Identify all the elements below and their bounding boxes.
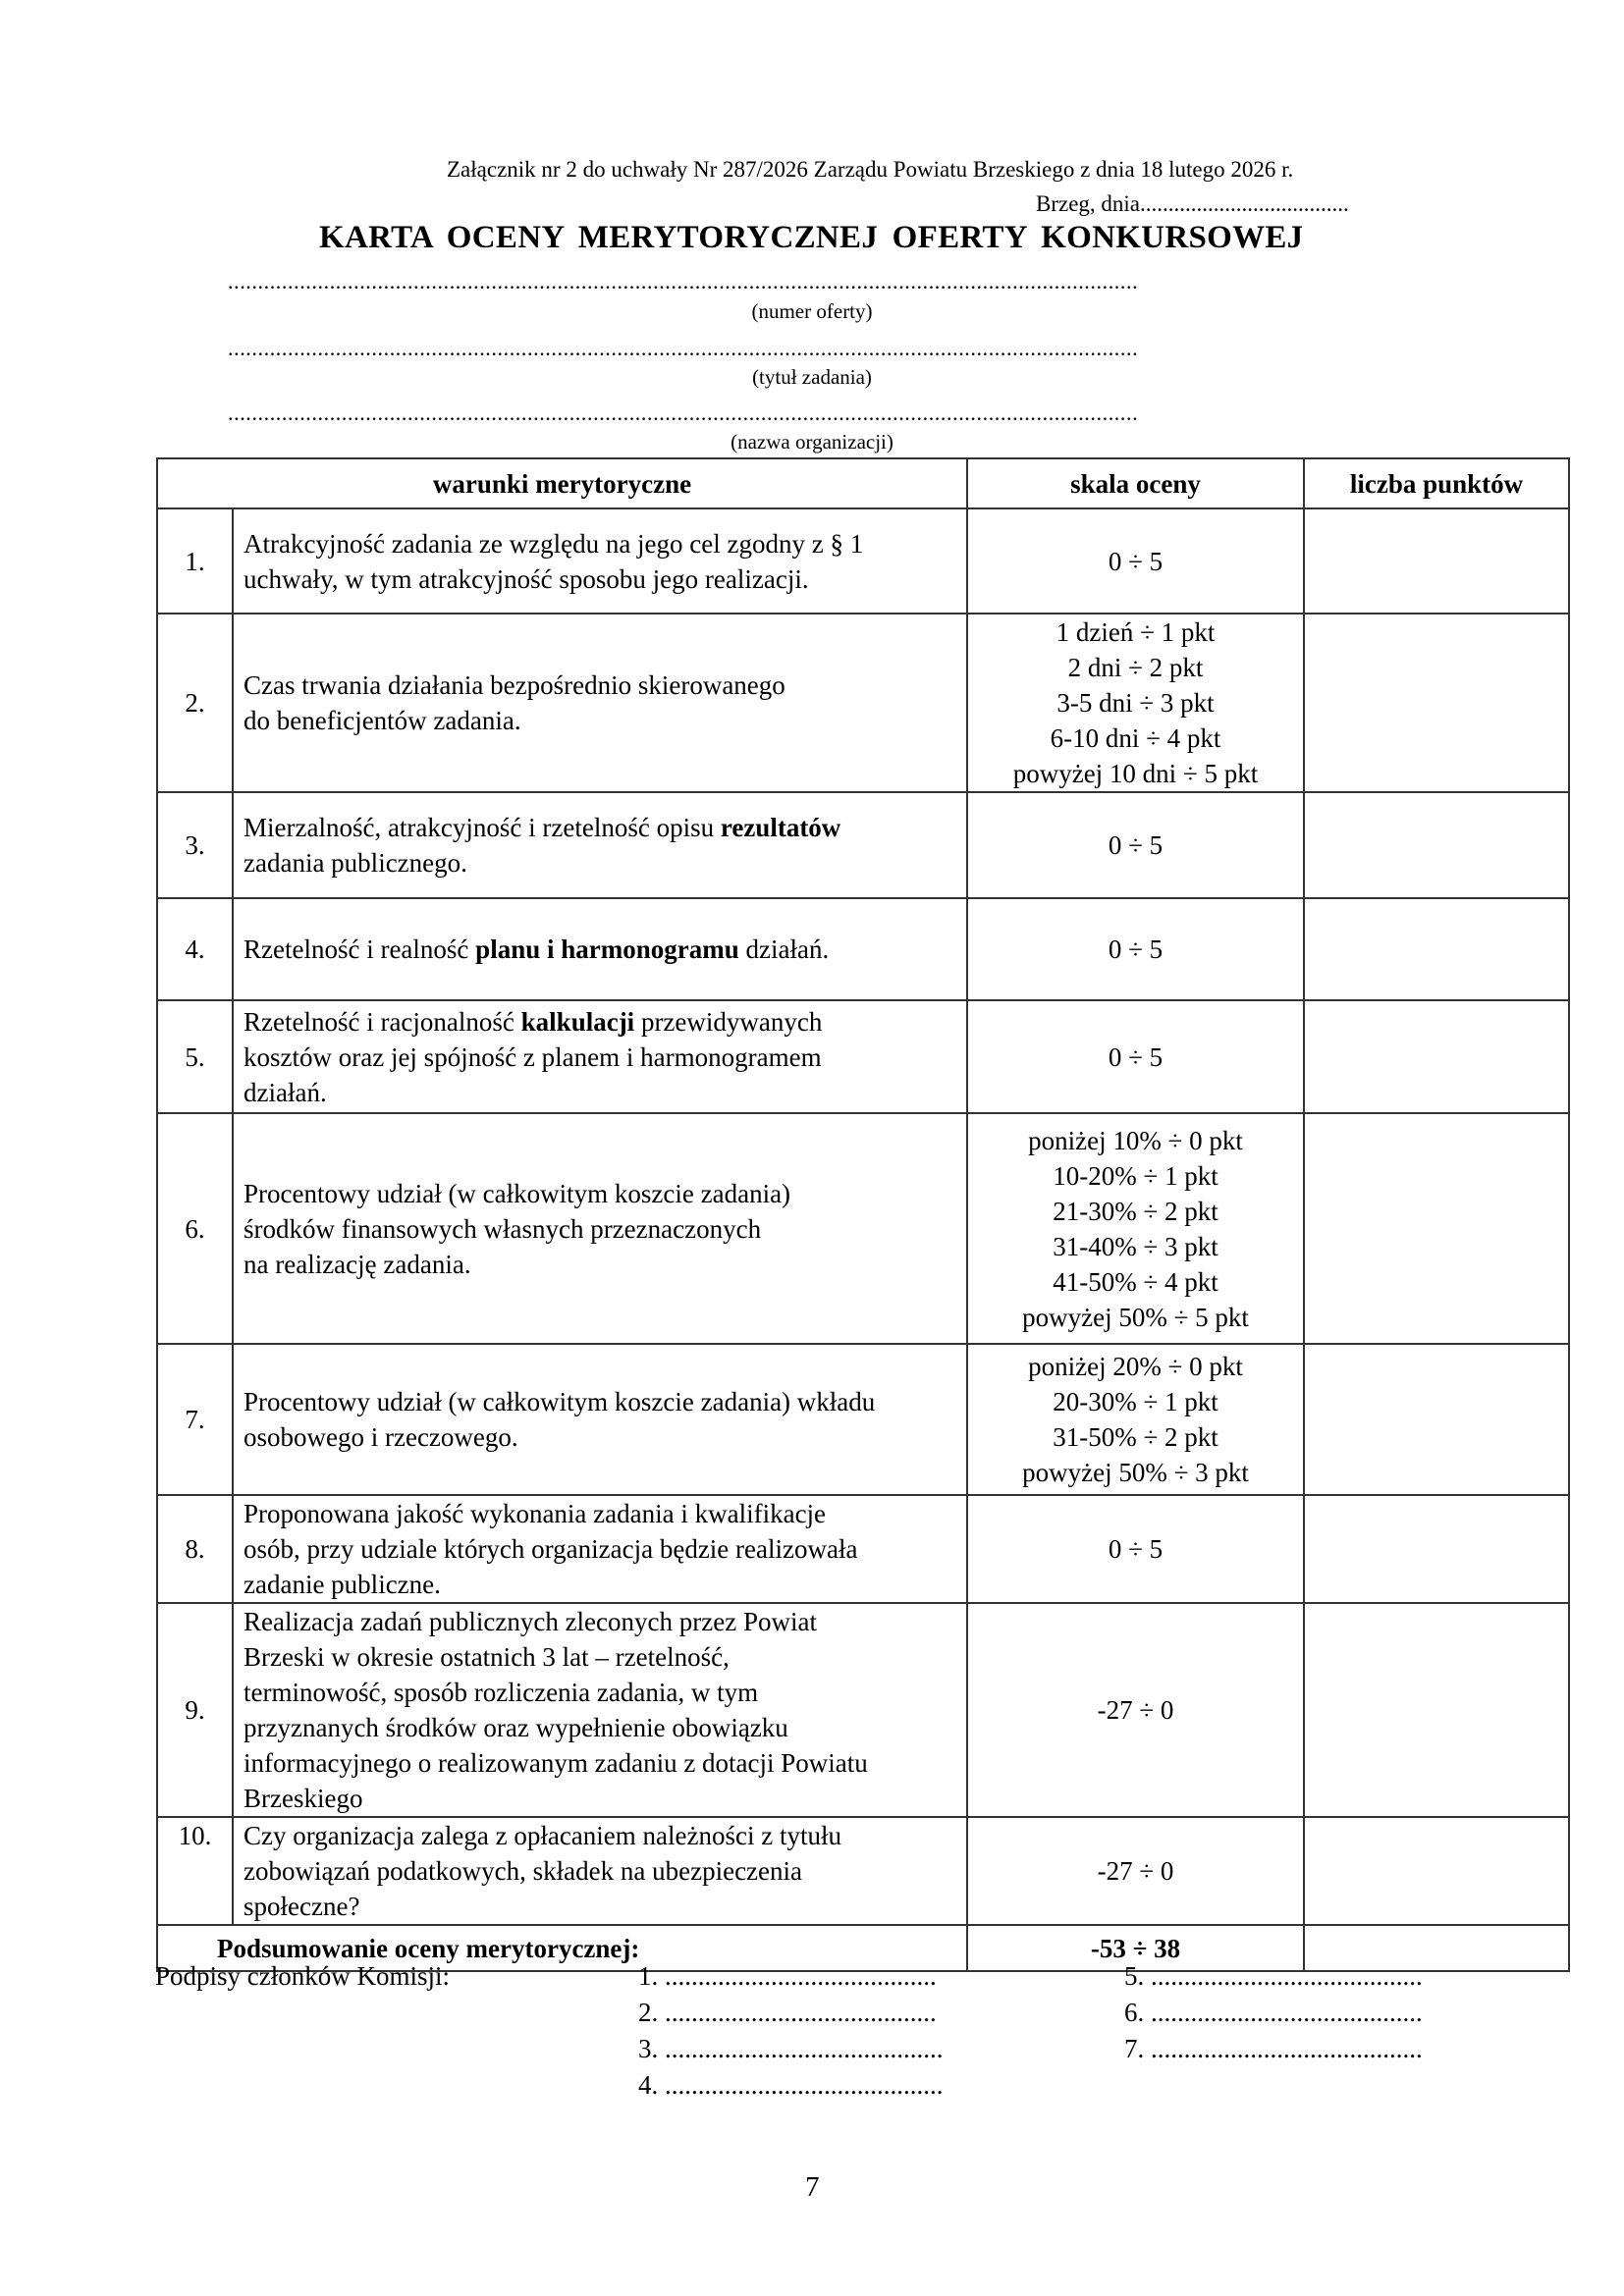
signature-line-4[interactable]: 4. .....................................… <box>638 2070 944 2101</box>
signature-line-7[interactable]: 7. .....................................… <box>1124 2034 1423 2064</box>
scale-entry: 41-50% ÷ 4 pkt <box>968 1264 1303 1300</box>
row-number: 1. <box>157 508 233 614</box>
task-title-caption: (tytuł zadania) <box>228 365 1396 390</box>
criterion-description: Realizacja zadań publicznych zleconych p… <box>233 1603 967 1817</box>
points-input-cell[interactable] <box>1304 792 1569 898</box>
table-row: 5.Rzetelność i racjonalność kalkulacji p… <box>157 1000 1569 1113</box>
row-number: 8. <box>157 1495 233 1603</box>
scale-entry: 31-40% ÷ 3 pkt <box>968 1229 1303 1264</box>
row-number: 6. <box>157 1113 233 1344</box>
row-number: 4. <box>157 898 233 1000</box>
signature-line-3[interactable]: 3. .....................................… <box>638 2034 944 2064</box>
table-body: 1.Atrakcyjność zadania ze względu na jeg… <box>157 508 1569 1925</box>
table-row: 10.Czy organizacja zalega z opłacaniem n… <box>157 1817 1569 1925</box>
criterion-description: Atrakcyjność zadania ze względu na jego … <box>233 508 967 614</box>
scale-cell: 0 ÷ 5 <box>967 792 1304 898</box>
column-header-scale: skala oceny <box>967 458 1304 508</box>
scale-cell: -27 ÷ 0 <box>967 1817 1304 1925</box>
table-row: 6.Procentowy udział (w całkowitym koszci… <box>157 1113 1569 1344</box>
criterion-description: Rzetelność i racjonalność kalkulacji prz… <box>233 1000 967 1113</box>
criterion-description: Mierzalność, atrakcyjność i rzetelność o… <box>233 792 967 898</box>
scale-entry: -27 ÷ 0 <box>968 1692 1303 1728</box>
row-number: 5. <box>157 1000 233 1113</box>
column-header-points: liczba punktów <box>1304 458 1569 508</box>
table-row: 9.Realizacja zadań publicznych zleconych… <box>157 1603 1569 1817</box>
table-header-row: warunki merytoryczne skala oceny liczba … <box>157 458 1569 508</box>
criterion-description: Rzetelność i realność planu i harmonogra… <box>233 898 967 1000</box>
signature-line-6[interactable]: 6. .....................................… <box>1124 1998 1423 2028</box>
row-number: 7. <box>157 1344 233 1495</box>
points-input-cell[interactable] <box>1304 1603 1569 1817</box>
points-input-cell[interactable] <box>1304 1495 1569 1603</box>
scale-entry: 0 ÷ 5 <box>968 1040 1303 1075</box>
row-number: 2. <box>157 614 233 792</box>
signature-line-5[interactable]: 5. .....................................… <box>1124 1961 1423 1992</box>
scale-entry: 6-10 dni ÷ 4 pkt <box>968 721 1303 756</box>
criterion-description: Procentowy udział (w całkowitym koszcie … <box>233 1113 967 1344</box>
criterion-description: Procentowy udział (w całkowitym koszcie … <box>233 1344 967 1495</box>
scale-entry: 0 ÷ 5 <box>968 932 1303 967</box>
page-number: 7 <box>805 2171 820 2204</box>
criterion-description: Czas trwania działania bezpośrednio skie… <box>233 614 967 792</box>
signature-line-1[interactable]: 1. .....................................… <box>638 1961 937 1992</box>
points-input-cell[interactable] <box>1304 1344 1569 1495</box>
offer-number-caption: (numer oferty) <box>228 299 1396 324</box>
scale-entry: powyżej 10 dni ÷ 5 pkt <box>968 756 1303 791</box>
scale-entry: 20-30% ÷ 1 pkt <box>968 1384 1303 1419</box>
table-row: 4.Rzetelność i realność planu i harmonog… <box>157 898 1569 1000</box>
scale-entry: 1 dzień ÷ 1 pkt <box>968 614 1303 650</box>
table-row: 8.Proponowana jakość wykonania zadania i… <box>157 1495 1569 1603</box>
points-input-cell[interactable] <box>1304 1000 1569 1113</box>
points-input-cell[interactable] <box>1304 898 1569 1000</box>
criterion-description: Proponowana jakość wykonania zadania i k… <box>233 1495 967 1603</box>
scale-entry: 0 ÷ 5 <box>968 828 1303 863</box>
row-number: 10. <box>157 1817 233 1925</box>
signatures-label: Podpisy członków Komisji: <box>155 1961 450 1992</box>
table-row: 3.Mierzalność, atrakcyjność i rzetelność… <box>157 792 1569 898</box>
organization-name-caption: (nazwa organizacji) <box>228 430 1396 454</box>
points-input-cell[interactable] <box>1304 614 1569 792</box>
scale-entry: 31-50% ÷ 2 pkt <box>968 1419 1303 1455</box>
scale-cell: 1 dzień ÷ 1 pkt2 dni ÷ 2 pkt3-5 dni ÷ 3 … <box>967 614 1304 792</box>
scale-entry: powyżej 50% ÷ 3 pkt <box>968 1455 1303 1490</box>
organization-name-field[interactable]: ........................................… <box>228 400 1396 426</box>
scale-cell: -27 ÷ 0 <box>967 1603 1304 1817</box>
signature-line-2[interactable]: 2. .....................................… <box>638 1998 937 2028</box>
evaluation-table: warunki merytoryczne skala oceny liczba … <box>156 457 1570 1972</box>
scale-cell: 0 ÷ 5 <box>967 898 1304 1000</box>
place-date-field[interactable]: Brzeg, dnia.............................… <box>1036 191 1349 217</box>
column-header-criteria: warunki merytoryczne <box>157 458 967 508</box>
scale-cell: poniżej 10% ÷ 0 pkt10-20% ÷ 1 pkt21-30% … <box>967 1113 1304 1344</box>
scale-entry: 2 dni ÷ 2 pkt <box>968 650 1303 685</box>
document-title: KARTA OCENY MERYTORYCZNEJ OFERTY KONKURS… <box>319 220 1303 256</box>
scale-cell: 0 ÷ 5 <box>967 1000 1304 1113</box>
scale-entry: 21-30% ÷ 2 pkt <box>968 1194 1303 1229</box>
scale-entry: powyżej 50% ÷ 5 pkt <box>968 1300 1303 1335</box>
points-input-cell[interactable] <box>1304 1113 1569 1344</box>
scale-cell: poniżej 20% ÷ 0 pkt20-30% ÷ 1 pkt31-50% … <box>967 1344 1304 1495</box>
scale-entry: 0 ÷ 5 <box>968 544 1303 579</box>
scale-entry: poniżej 10% ÷ 0 pkt <box>968 1123 1303 1158</box>
scale-entry: 3-5 dni ÷ 3 pkt <box>968 685 1303 721</box>
table-row: 2.Czas trwania działania bezpośrednio sk… <box>157 614 1569 792</box>
row-number: 3. <box>157 792 233 898</box>
points-input-cell[interactable] <box>1304 508 1569 614</box>
scale-entry: poniżej 20% ÷ 0 pkt <box>968 1349 1303 1384</box>
criterion-description: Czy organizacja zalega z opłacaniem nale… <box>233 1817 967 1925</box>
annex-reference: Załącznik nr 2 do uchwały Nr 287/2026 Za… <box>447 157 1293 183</box>
scale-entry: 0 ÷ 5 <box>968 1531 1303 1567</box>
points-input-cell[interactable] <box>1304 1817 1569 1925</box>
task-title-field[interactable]: ........................................… <box>228 336 1396 361</box>
table-row: 7.Procentowy udział (w całkowitym koszci… <box>157 1344 1569 1495</box>
scale-entry: -27 ÷ 0 <box>968 1853 1303 1889</box>
scale-cell: 0 ÷ 5 <box>967 1495 1304 1603</box>
row-number: 9. <box>157 1603 233 1817</box>
table-row: 1.Atrakcyjność zadania ze względu na jeg… <box>157 508 1569 614</box>
scale-cell: 0 ÷ 5 <box>967 508 1304 614</box>
scale-entry: 10-20% ÷ 1 pkt <box>968 1158 1303 1194</box>
offer-number-field[interactable]: ........................................… <box>228 269 1396 294</box>
